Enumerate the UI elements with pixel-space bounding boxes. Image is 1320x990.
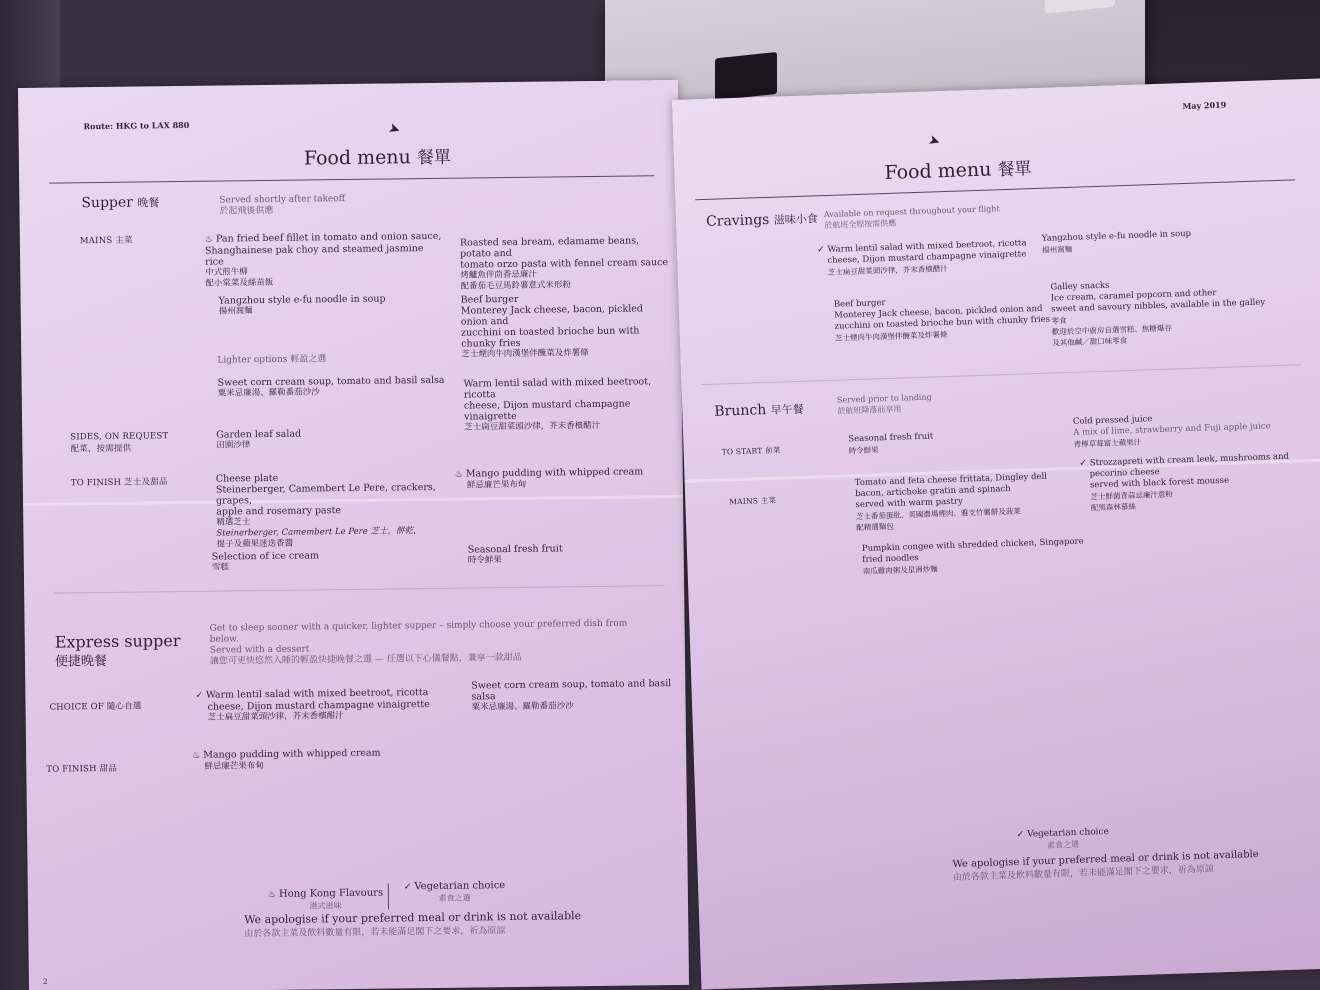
- menu-page-left: Route: HKG to LAX 880 ➤ Food menu 餐單 Sup…: [18, 80, 689, 990]
- hong-kong-flavours-icon: ♨: [192, 751, 200, 761]
- apology-note: We apologise if your preferred meal or d…: [244, 909, 581, 939]
- express-note: Get to sleep sooner with a quicker, ligh…: [210, 618, 651, 667]
- dish-en: Roasted sea bream, edamame beans, potato…: [460, 235, 639, 259]
- dish-zh: 鮮忌廉芒果布甸: [455, 478, 675, 492]
- dish-zh: 田園沙律: [216, 438, 416, 451]
- route-label: Route: HKG to LAX 880: [83, 120, 189, 131]
- dish-en: Warm lentil salad with mixed beetroot, r…: [464, 376, 652, 400]
- menu-item: Selection of ice cream 雪糕: [212, 549, 442, 574]
- dish-zh: 鮮忌廉芒果布甸: [192, 759, 422, 773]
- mains-label: MAINS 主菜: [80, 235, 133, 248]
- dish-zh: 芝士扁豆甜菜頭沙律，芥末香檳醋汁: [196, 710, 436, 724]
- vegetarian-icon: ✓: [817, 245, 825, 255]
- supper-heading-en: Supper: [81, 195, 133, 212]
- legend-vegetarian: ✓Vegetarian choice 素食之選: [404, 880, 506, 905]
- vegetarian-icon: ✓: [195, 691, 203, 701]
- legend-veg-en: Vegetarian choice: [1027, 827, 1109, 840]
- dish-zh: 芝士煙肉牛肉漢堡伴醃菜及炸薯條: [461, 347, 671, 361]
- menu-item: Galley snacks Ice cream, caramel popcorn…: [1050, 275, 1282, 349]
- legend-veg-zh: 素食之選: [404, 892, 506, 905]
- dish-en: Beef burger: [834, 298, 886, 310]
- mains-label: MAINS 主菜: [729, 495, 776, 509]
- title-en: Food menu: [884, 158, 992, 184]
- menu-item: ♨Mango pudding with whipped cream 鮮忌廉芒果布…: [192, 747, 422, 773]
- menu-item: Cheese plate Steinerberger, Camembert Le…: [216, 471, 457, 551]
- usb-port: [715, 52, 777, 101]
- sides-label-zh: 配菜，按需提供: [70, 442, 168, 455]
- express-heading: Express supper 便捷晚餐: [55, 631, 181, 673]
- apology-zh: 由於各款主菜及飲料數量有限，若未能滿足閣下之要求，祈為原諒: [244, 922, 581, 939]
- legend-divider: [388, 884, 389, 910]
- menu-item: Sweet corn cream soup, tomato and basil …: [218, 375, 448, 400]
- supper-note: Served shortly after takeoff 於起飛後供應: [219, 194, 345, 218]
- dish-en: Seasonal fresh fruit: [468, 543, 563, 555]
- brunch-note: Served prior to landing 於航班降落前享用: [837, 392, 932, 417]
- apology-note: We apologise if your preferred meal or d…: [952, 849, 1259, 883]
- cravings-note: Available on request throughout your fli…: [824, 203, 1001, 231]
- menu-item: Roasted sea bream, edamame beans, potato…: [460, 235, 671, 293]
- legend-hk-en: Hong Kong Flavours: [279, 888, 383, 900]
- menu-item: Warm lentil salad with mixed beetroot, r…: [464, 376, 675, 434]
- date-label: May 2019: [1182, 100, 1226, 111]
- dish-en: Mango pudding with whipped cream: [203, 748, 381, 761]
- legend-hong-kong-flavours: ♨Hong Kong Flavours 港式滋味: [268, 888, 384, 913]
- dish-en: Mango pudding with whipped cream: [466, 466, 644, 479]
- supper-heading-zh: 晚餐: [137, 196, 159, 209]
- menu-item: Seasonal fresh fruit 時令鮮果: [468, 542, 668, 566]
- dish-en: Cheese plate: [216, 473, 279, 485]
- menu-item: Beef burger Monterey Jack cheese, bacon,…: [834, 292, 1055, 343]
- console-sticker: [1045, 0, 1115, 14]
- sides-label: SIDES, ON REQUEST 配菜，按需提供: [70, 430, 168, 455]
- menu-page-right: May 2019 ➤ Food menu 餐單 Cravings 滋味小食 Av…: [672, 78, 1320, 989]
- dish-en-3: zucchini on toasted brioche bun with chu…: [461, 325, 671, 350]
- title-en: Food menu: [304, 146, 411, 169]
- dish-zh: 粟米忌廉湯、羅勒番茄沙沙: [218, 386, 448, 400]
- dish-en-2: cheese, Dijon mustard champagne vinaigre…: [464, 398, 674, 423]
- lighter-options-label: Lighter options 輕盈之選: [217, 354, 326, 366]
- page-title: Food menu 餐單: [304, 143, 451, 170]
- supper-heading: Supper 晚餐: [81, 194, 159, 211]
- page-number: 2: [43, 978, 48, 986]
- brand-logo-icon: ➤: [926, 132, 942, 151]
- supper-note-zh: 於起飛後供應: [219, 205, 345, 218]
- dish-en: Beef burger: [461, 294, 519, 306]
- section-rule: [701, 364, 1301, 385]
- page-title: Food menu 餐單: [884, 154, 1032, 184]
- choice-of-label: CHOICE OF 隨心自選: [49, 701, 141, 714]
- menu-item: Cold pressed juice A mix of lime, strawb…: [1073, 409, 1304, 450]
- vegetarian-icon: ✓: [404, 882, 412, 892]
- to-finish-label: TO FINISH 甜品: [46, 763, 117, 776]
- brunch-heading-zh: 早午餐: [770, 403, 803, 417]
- title-rule: [49, 175, 654, 183]
- sides-label-en: SIDES, ON REQUEST: [70, 430, 168, 443]
- menu-item: ♨Mango pudding with whipped cream 鮮忌廉芒果布…: [455, 466, 675, 492]
- brand-logo-icon: ➤: [386, 120, 402, 139]
- menu-item: Pumpkin congee with shredded chicken, Si…: [862, 536, 1093, 577]
- title-zh: 餐單: [417, 148, 451, 168]
- menu-item: Seasonal fresh fruit 時令鮮果: [848, 428, 1049, 457]
- legend-veg-zh: 素食之選: [1017, 838, 1110, 853]
- cravings-heading-zh: 滋味小食: [774, 212, 818, 226]
- brunch-note-zh: 於航班降落前享用: [837, 403, 932, 417]
- to-finish-label: TO FINISH 芝士及甜品: [71, 476, 168, 489]
- legend-veg-en: Vegetarian choice: [414, 880, 505, 892]
- hong-kong-flavours-icon: ♨: [455, 470, 463, 480]
- menu-item: Beef burger Monterey Jack cheese, bacon,…: [461, 292, 672, 361]
- menu-item: ✓Warm lentil salad with mixed beetroot, …: [195, 687, 435, 724]
- legend-vegetarian: ✓Vegetarian choice 素食之選: [1016, 826, 1109, 853]
- title-rule: [695, 179, 1295, 200]
- title-zh: 餐單: [997, 159, 1032, 180]
- to-start-label: TO START 前菜: [722, 445, 781, 459]
- brunch-heading: Brunch 早午餐: [714, 401, 804, 420]
- menu-item: ✓Warm lentil salad with mixed beetroot, …: [817, 238, 1038, 278]
- dish-en: Yangzhou style e-fu noodle in soup: [219, 294, 386, 307]
- dish-en: Sweet corn cream soup, tomato and basil …: [471, 678, 671, 702]
- menu-item: Tomato and feta cheese frittata, Dingley…: [855, 471, 1077, 533]
- cravings-heading-en: Cravings: [706, 212, 770, 230]
- menu-item: Sweet corn cream soup, tomato and basil …: [471, 678, 681, 714]
- hong-kong-flavours-icon: ♨: [268, 890, 276, 900]
- dish-en: Seasonal fresh fruit: [848, 432, 933, 445]
- vegetarian-icon: ✓: [1079, 458, 1087, 468]
- menu-item: Garden leaf salad 田園沙律: [216, 427, 416, 451]
- dish-en: Selection of ice cream: [212, 550, 319, 562]
- dish-en: Galley snacks: [1050, 281, 1109, 293]
- dish-en-2: Monterey Jack cheese, bacon, pickled oni…: [461, 303, 671, 328]
- menu-item: ✓Strozzapreti with cream leek, mushrooms…: [1079, 451, 1301, 513]
- dish-en-2: Shanghainese pak choy and steamed jasmin…: [205, 243, 445, 268]
- dish-en-2: Steinerberger, Camembert Le Pere, cracke…: [216, 482, 456, 507]
- brunch-heading-en: Brunch: [714, 402, 766, 420]
- express-heading-zh: 便捷晚餐: [55, 651, 181, 673]
- dish-zh-2: 配小棠菜及絲苗飯: [205, 276, 445, 290]
- vegetarian-icon: ✓: [1016, 830, 1024, 840]
- dish-en: Garden leaf salad: [216, 429, 301, 441]
- cravings-heading: Cravings 滋味小食: [706, 210, 818, 230]
- menu-item: Yangzhou style e-fu noodle in soup 揚州窩麵: [1042, 227, 1243, 256]
- dish-zh: 粟米忌廉湯、羅勒番茄沙沙: [472, 700, 682, 714]
- menu-item: Yangzhou style e-fu noodle in soup 揚州窩麵: [219, 293, 449, 318]
- hong-kong-flavours-icon: ♨: [205, 235, 213, 245]
- express-heading-en: Express supper: [55, 631, 181, 653]
- dish-zh: 時令鮮果: [468, 553, 668, 566]
- supper-note-en: Served shortly after takeoff: [219, 194, 345, 207]
- dish-zh-2: 配番茄毛豆馬鈴薯意式米形粉: [460, 279, 670, 293]
- dish-zh: 芝士扁豆甜菜頭沙律，芥末香檳醋汁: [464, 420, 674, 434]
- section-rule: [54, 585, 664, 593]
- menu-item: ♨Pan fried beef fillet in tomato and oni…: [205, 231, 446, 290]
